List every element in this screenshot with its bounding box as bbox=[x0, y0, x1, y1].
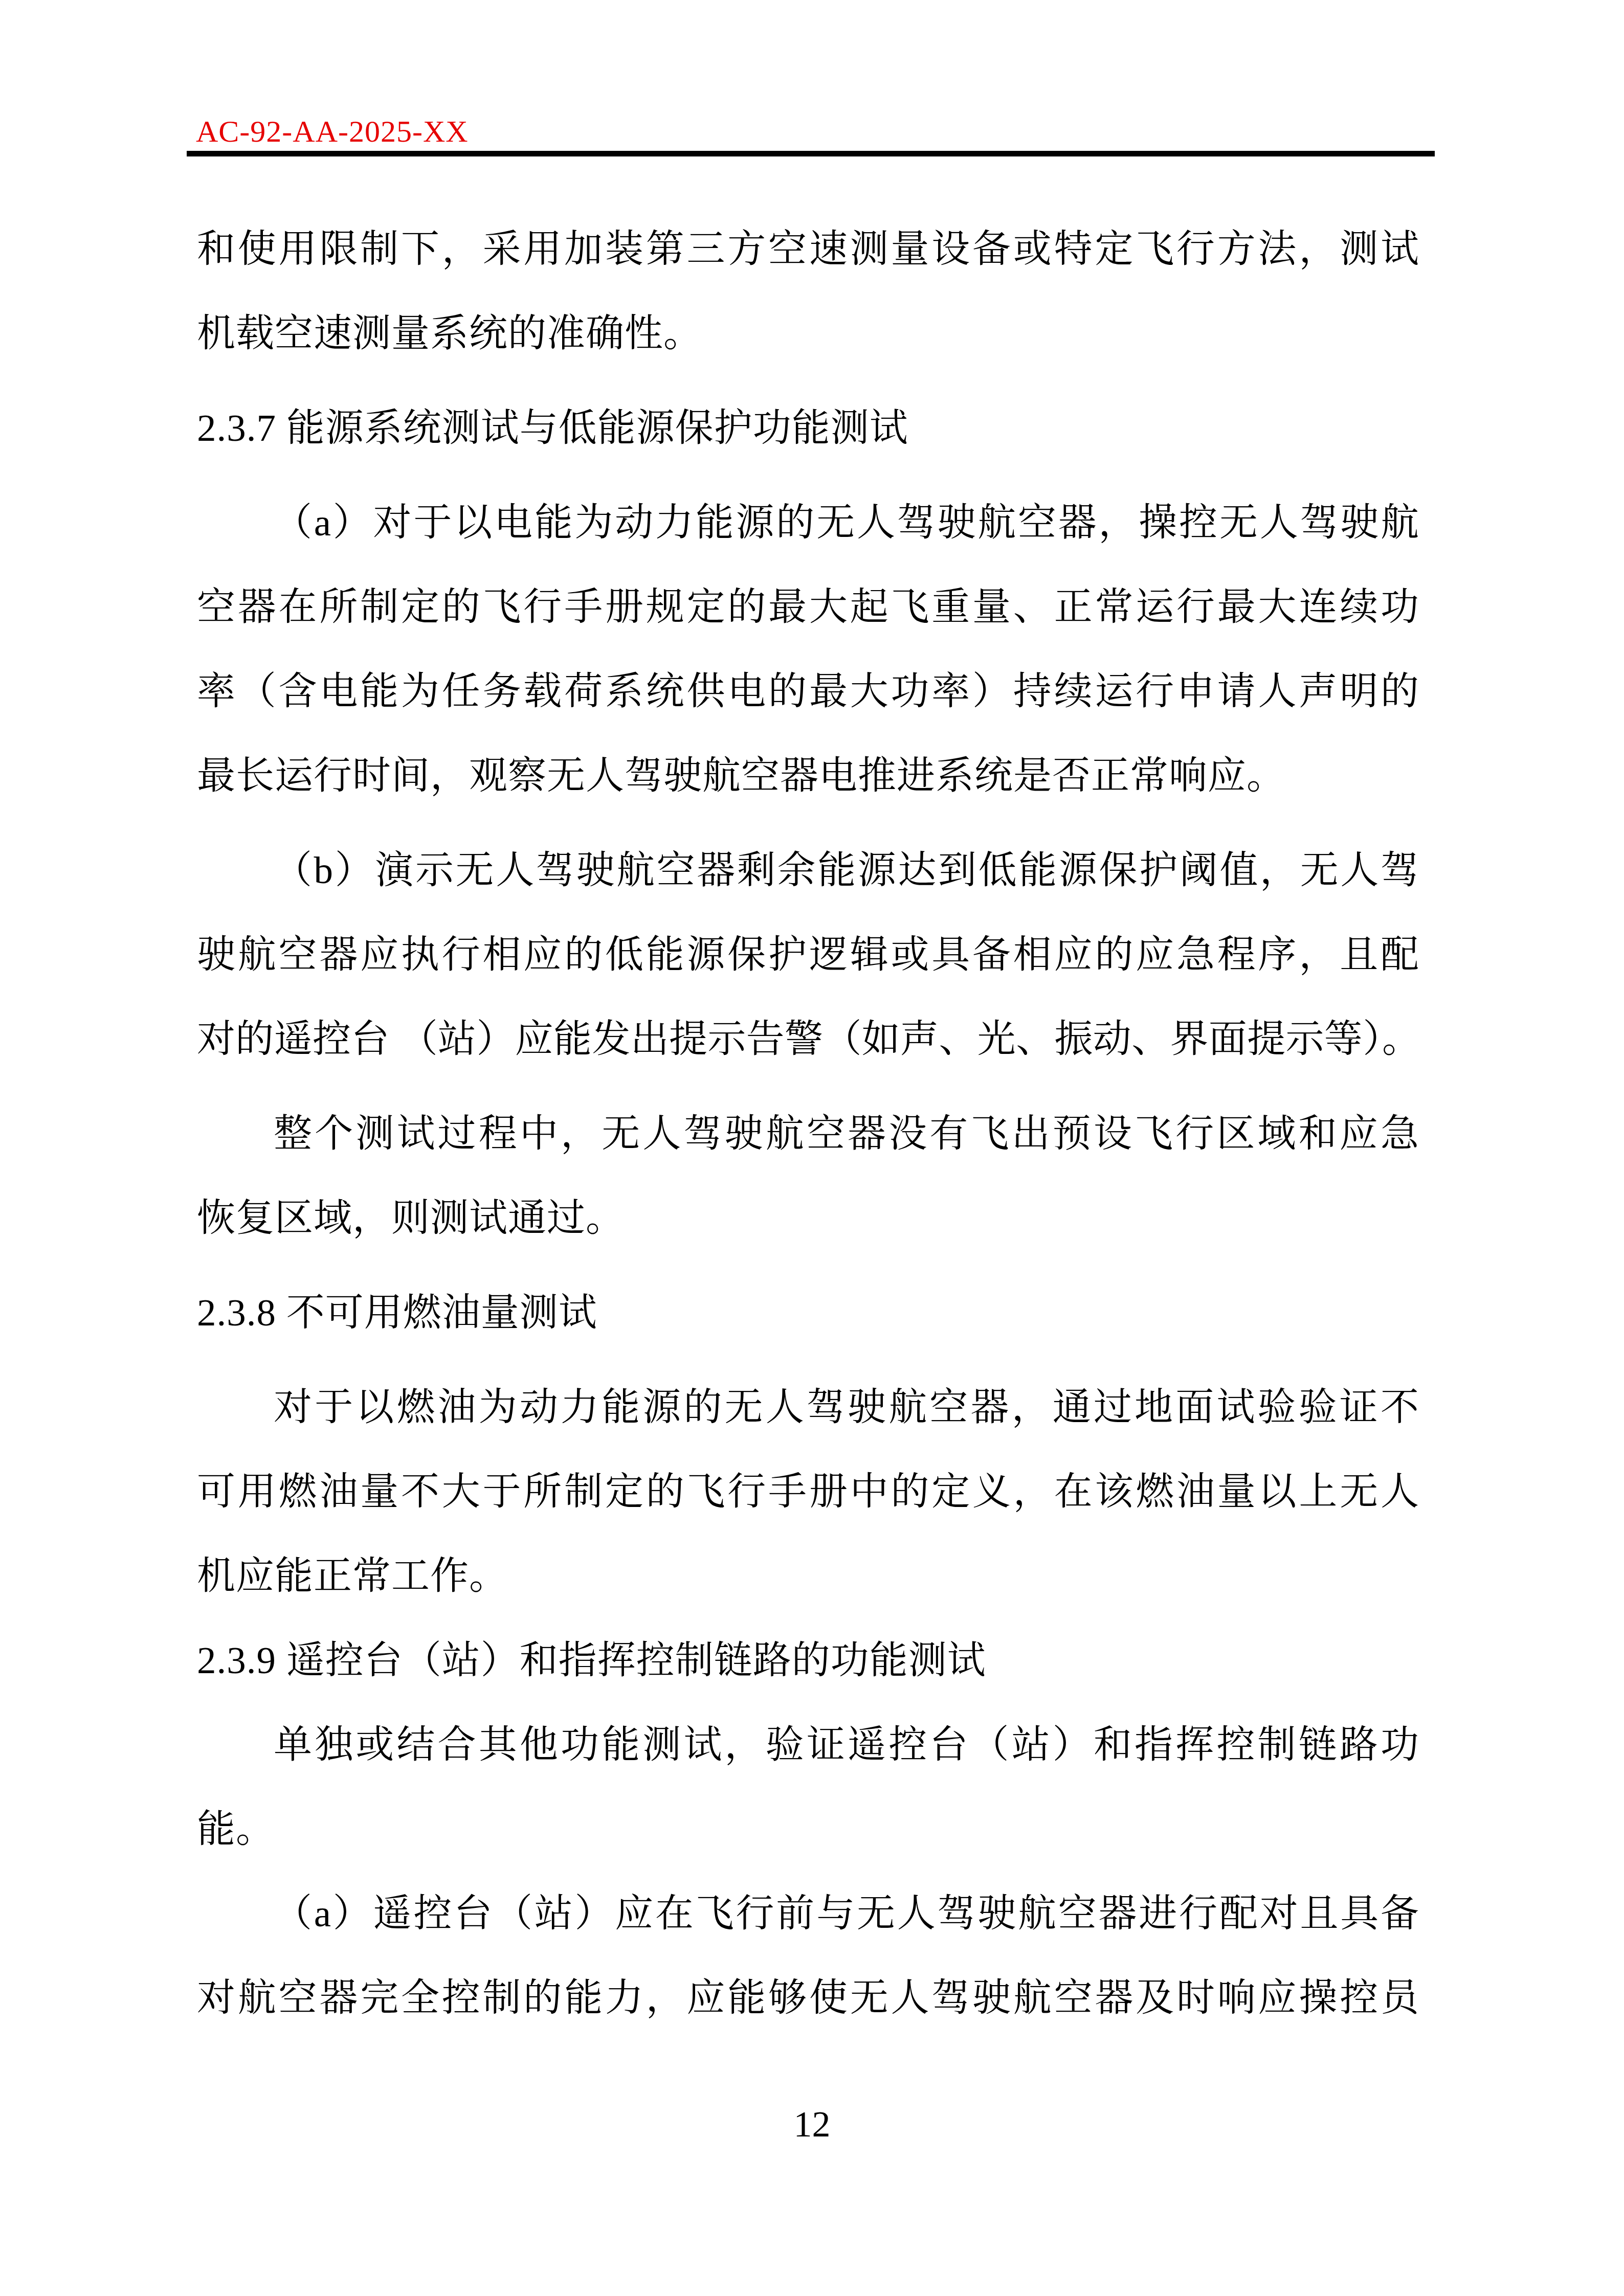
section-heading-2-3-7: 2.3.7 能源系统测试与低能源保护功能测试 bbox=[197, 386, 1419, 470]
body-line: 驶航空器应执行相应的低能源保护逻辑或具备相应的应急程序，且配 bbox=[197, 913, 1419, 997]
body-line: 和使用限制下，采用加装第三方空速测量设备或特定飞行方法，测试 bbox=[197, 207, 1419, 291]
body-line: 对的遥控台 （站）应能发出提示告警（如声、光、振动、界面提示等）。 bbox=[197, 997, 1419, 1082]
page-number: 12 bbox=[0, 2106, 1624, 2143]
body-line: 能。 bbox=[197, 1787, 1419, 1872]
body-line: （a）对于以电能为动力能源的无人驾驶航空器，操控无人驾驶航 bbox=[197, 481, 1419, 565]
body-line: 恢复区域，则测试通过。 bbox=[197, 1176, 1419, 1260]
body-line: 对于以燃油为动力能源的无人驾驶航空器，通过地面试验验证不 bbox=[197, 1365, 1419, 1450]
body-line: （a）遥控台（站）应在飞行前与无人驾驶航空器进行配对且具备 bbox=[197, 1872, 1419, 1956]
body-line: 最长运行时间，观察无人驾驶航空器电推进系统是否正常响应。 bbox=[197, 734, 1419, 818]
body-line: 机应能正常工作。 bbox=[197, 1534, 1419, 1618]
body-line: （b）演示无人驾驶航空器剩余能源达到低能源保护阈值，无人驾 bbox=[197, 828, 1419, 913]
body-line: 机载空速测量系统的准确性。 bbox=[197, 291, 1419, 376]
body-line: 空器在所制定的飞行手册规定的最大起飞重量、正常运行最大连续功 bbox=[197, 565, 1419, 649]
body-line: 率（含电能为任务载荷系统供电的最大功率）持续运行申请人声明的 bbox=[197, 649, 1419, 734]
document-page: AC-92-AA-2025-XX 和使用限制下，采用加装第三方空速测量设备或特定… bbox=[0, 0, 1624, 2296]
body-line: 对航空器完全控制的能力，应能够使无人驾驶航空器及时响应操控员 bbox=[197, 1956, 1419, 2040]
body-line: 整个测试过程中，无人驾驶航空器没有飞出预设飞行区域和应急 bbox=[197, 1092, 1419, 1176]
body-line: 单独或结合其他功能测试，验证遥控台（站）和指挥控制链路功 bbox=[197, 1703, 1419, 1787]
header-rule bbox=[187, 151, 1435, 156]
section-heading-2-3-8: 2.3.8 不可用燃油量测试 bbox=[197, 1271, 1419, 1355]
document-code-header: AC-92-AA-2025-XX bbox=[196, 116, 469, 148]
body-line: 可用燃油量不大于所制定的飞行手册中的定义，在该燃油量以上无人 bbox=[197, 1450, 1419, 1534]
section-heading-2-3-9: 2.3.9 遥控台（站）和指挥控制链路的功能测试 bbox=[197, 1618, 1419, 1703]
document-body: 和使用限制下，采用加装第三方空速测量设备或特定飞行方法，测试 机载空速测量系统的… bbox=[197, 207, 1419, 2040]
